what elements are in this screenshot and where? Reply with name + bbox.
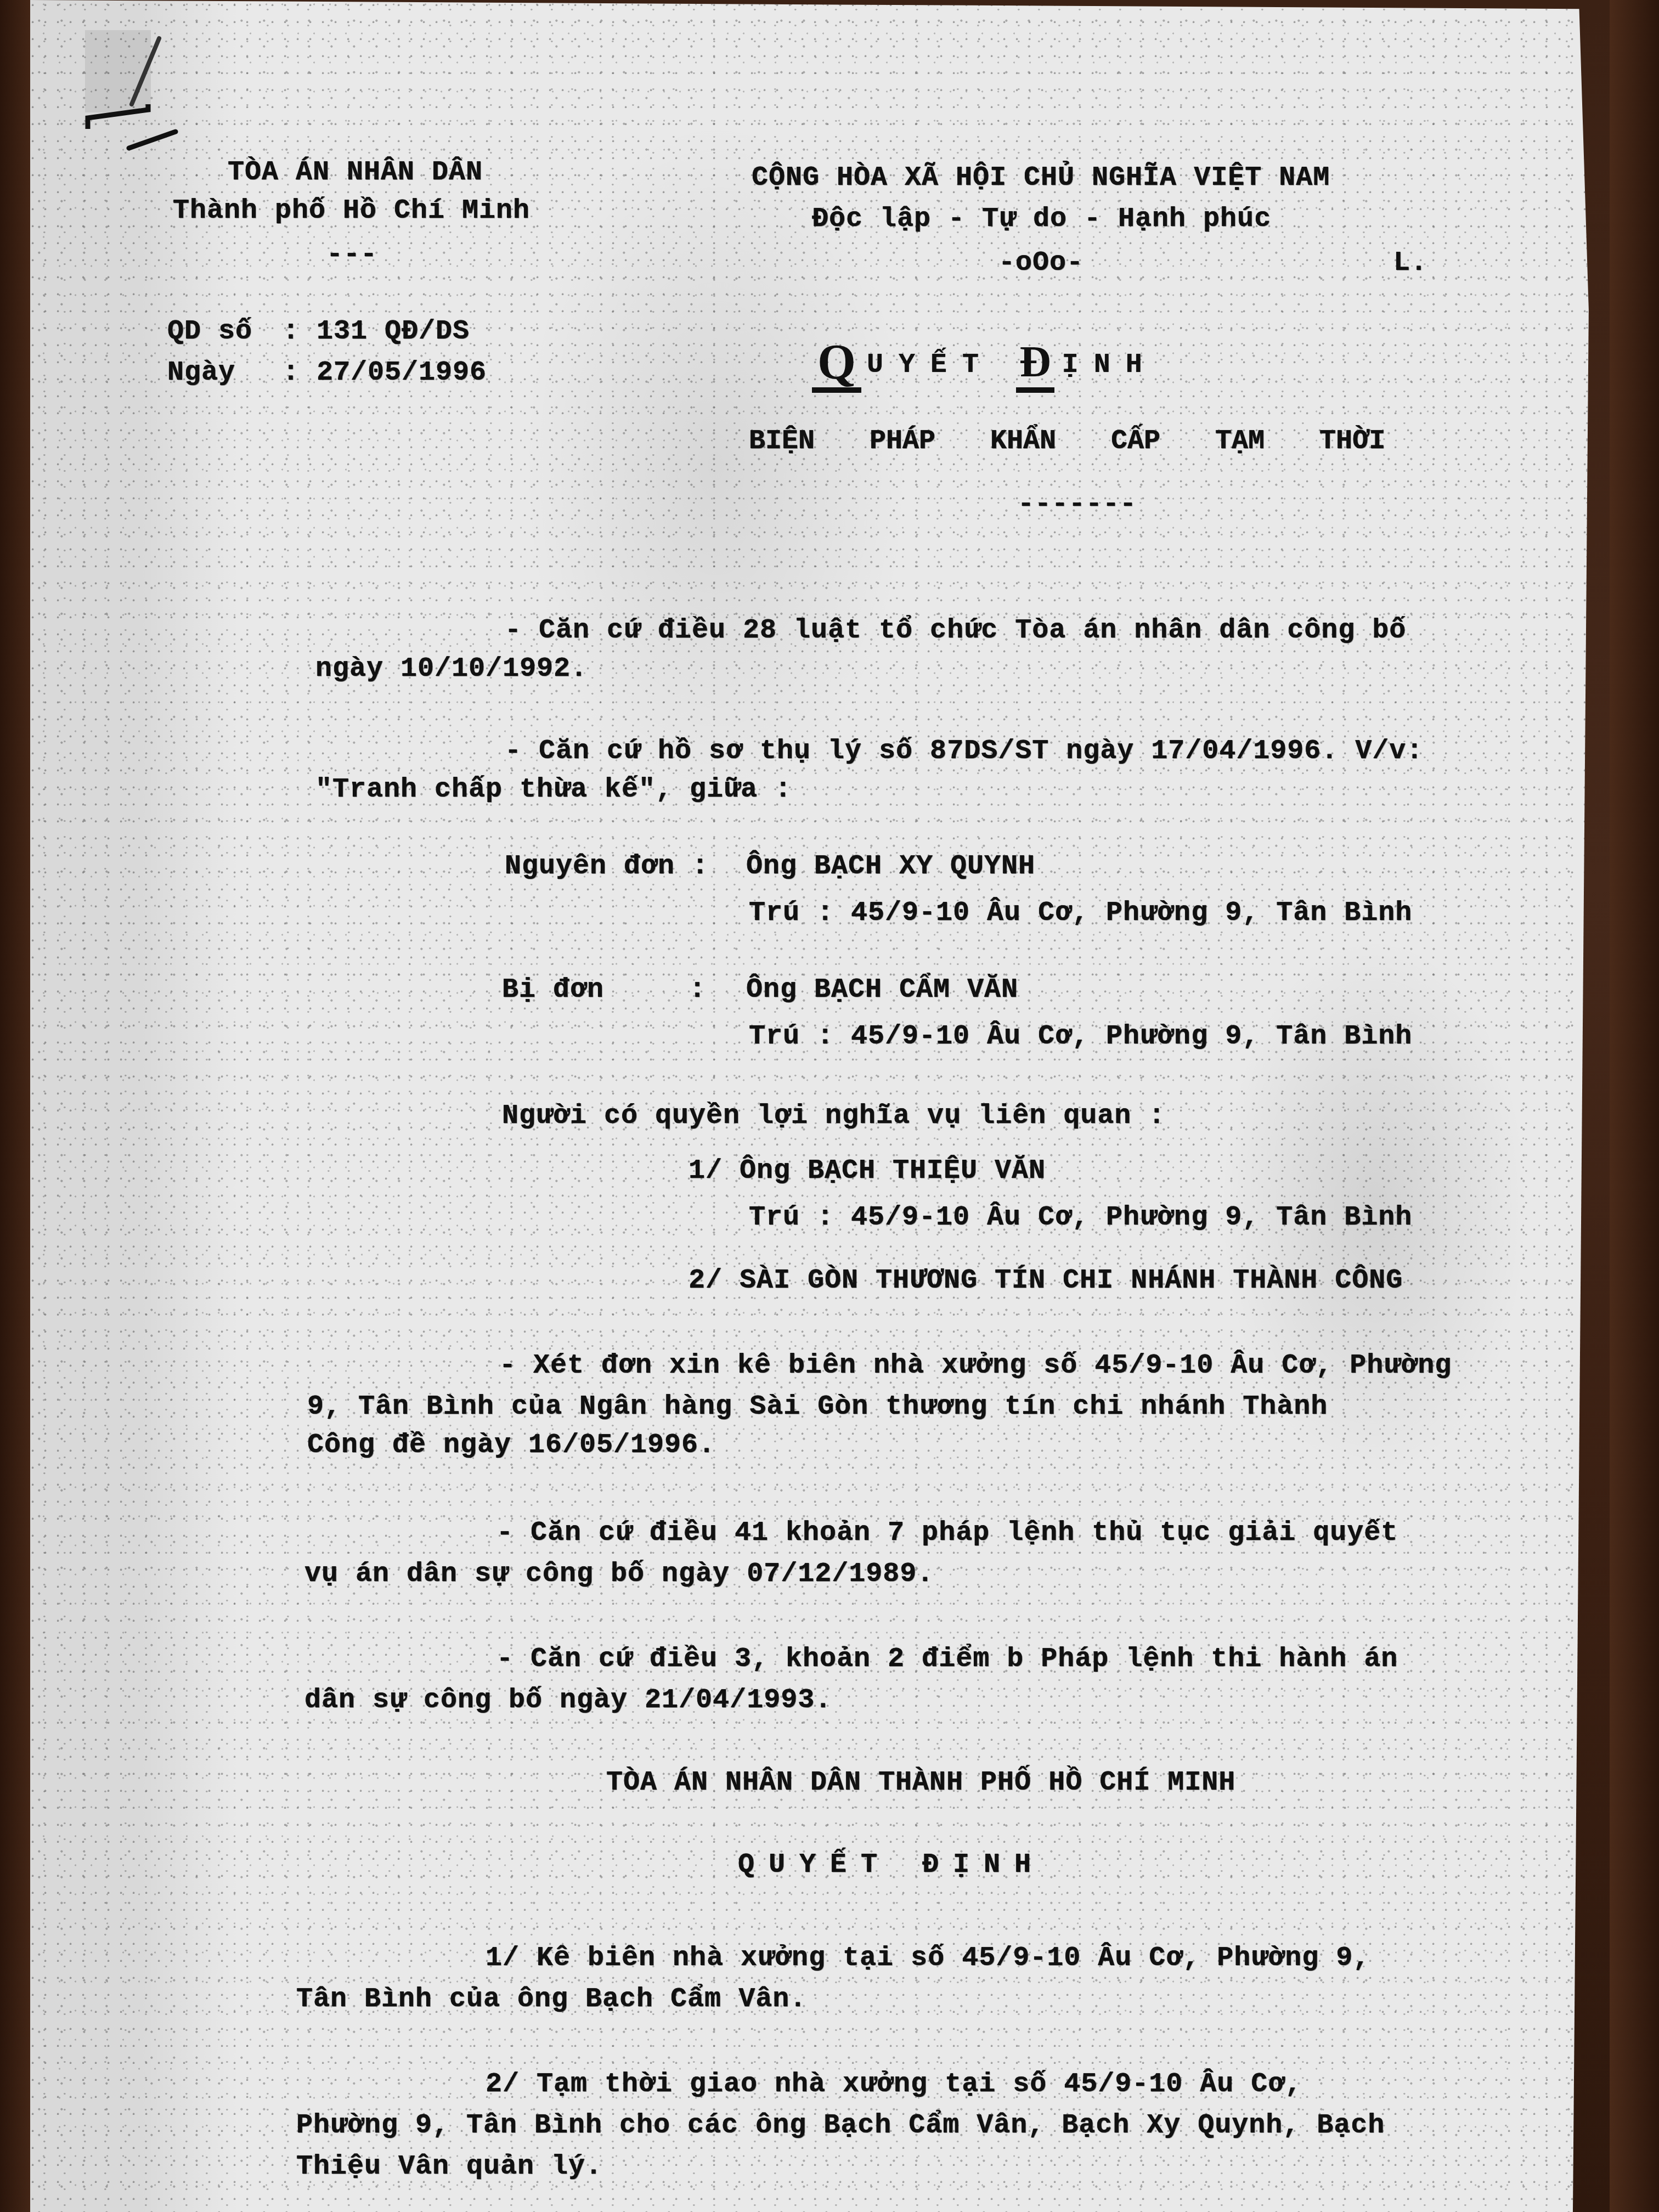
decision-date-label: Ngày [167,359,235,387]
handwritten-page-number-icon [82,16,203,154]
consideration-2-line-1: - Căn cứ điều 41 khoản 7 pháp lệnh thủ t… [496,1520,1398,1547]
defendant-label: Bị đơn : [502,977,706,1004]
header-left-separator: --- [326,241,377,269]
plaintiff-address: Trú : 45/9-10 Âu Cơ, Phường 9, Tân Bình [749,900,1412,927]
consideration-1-line-1: - Xét đơn xin kê biên nhà xưởng số 45/9-… [499,1352,1452,1380]
title-part-uyet: UYẾT [867,349,994,381]
decision-date-value: : 27/05/1996 [283,359,487,387]
consideration-1-line-2: 9, Tân Bình của Ngân hàng Sài Gòn thương… [307,1393,1328,1421]
defendant-address: Trú : 45/9-10 Âu Cơ, Phường 9, Tân Bình [749,1023,1412,1051]
ground-2-line-2: "Tranh chấp thừa kế", giữa : [315,776,792,804]
plaintiff-label: Nguyên đơn : [505,853,709,881]
decision-2-line-3: Thiệu Vân quản lý. [296,2153,602,2181]
ground-2-line-1: - Căn cứ hồ sơ thụ lý số 87DS/ST ngày 17… [505,738,1423,765]
table-surface-right [1610,0,1659,2212]
court-city: Thành phố Hồ Chí Minh [173,198,530,225]
decision-2-line-2: Phường 9, Tân Bình cho các ông Bạch Cẩm … [296,2112,1385,2140]
margin-mark: L. [1393,250,1427,277]
decision-1-line-2: Tân Bình của ông Bạch Cẩm Vân. [296,1986,806,2013]
title-initial-q: Q [812,338,861,393]
related-parties-label: Người có quyền lợi nghĩa vụ liên quan : [502,1103,1165,1130]
title-part-inh: ỊNH [1062,349,1158,381]
decision-heading: QUYẾT ĐỊNH [738,1852,1045,1879]
consideration-3-line-1: - Căn cứ điều 3, khoản 2 điểm b Pháp lện… [496,1646,1398,1673]
document-title: Q UYẾT Đ ỊNH [812,337,1158,393]
plaintiff-name: Ông BẠCH XY QUYNH [746,853,1035,881]
header-right-separator: -oOo- [998,250,1084,277]
court-heading: TÒA ÁN NHÂN DÂN THÀNH PHỐ HỒ CHÍ MINH [606,1769,1235,1797]
related-party-1-name: 1/ Ông BẠCH THIỆU VĂN [689,1158,1046,1185]
related-party-1-address: Trú : 45/9-10 Âu Cơ, Phường 9, Tân Bình [749,1204,1412,1232]
decision-1-line-1: 1/ Kê biên nhà xưởng tại số 45/9-10 Âu C… [486,1945,1370,1972]
ground-1-line-1: - Căn cứ điều 28 luật tổ chức Tòa án nhâ… [505,617,1406,645]
court-name: TÒA ÁN NHÂN DÂN [228,159,483,187]
national-motto: Độc lập - Tự do - Hạnh phúc [812,206,1271,233]
consideration-1-line-3: Công đề ngày 16/05/1996. [307,1432,715,1459]
document-subtitle: BIỆN PHÁP KHẨN CẤP TẠM THỜI [749,428,1385,455]
decision-number-value: : 131 QĐ/DS [283,318,470,346]
ground-1-line-2: ngày 10/10/1992. [315,656,588,683]
national-title: CỘNG HÒA XÃ HỘI CHỦ NGHĨA VIỆT NAM [752,165,1330,192]
consideration-3-line-2: dân sự công bố ngày 21/04/1993. [304,1687,832,1714]
related-party-2-name: 2/ SÀI GÒN THƯƠNG TÍN CHI NHÁNH THÀNH CÔ… [689,1267,1403,1295]
decision-2-line-1: 2/ Tạm thời giao nhà xưởng tại số 45/9-1… [486,2071,1302,2098]
title-separator: ------- [1018,491,1137,518]
decision-number-label: QD số [167,318,252,346]
title-initial-d: Đ [1016,337,1054,393]
consideration-2-line-2: vụ án dân sự công bố ngày 07/12/1989. [304,1561,934,1588]
defendant-name: Ông BẠCH CẨM VĂN [746,977,1018,1004]
